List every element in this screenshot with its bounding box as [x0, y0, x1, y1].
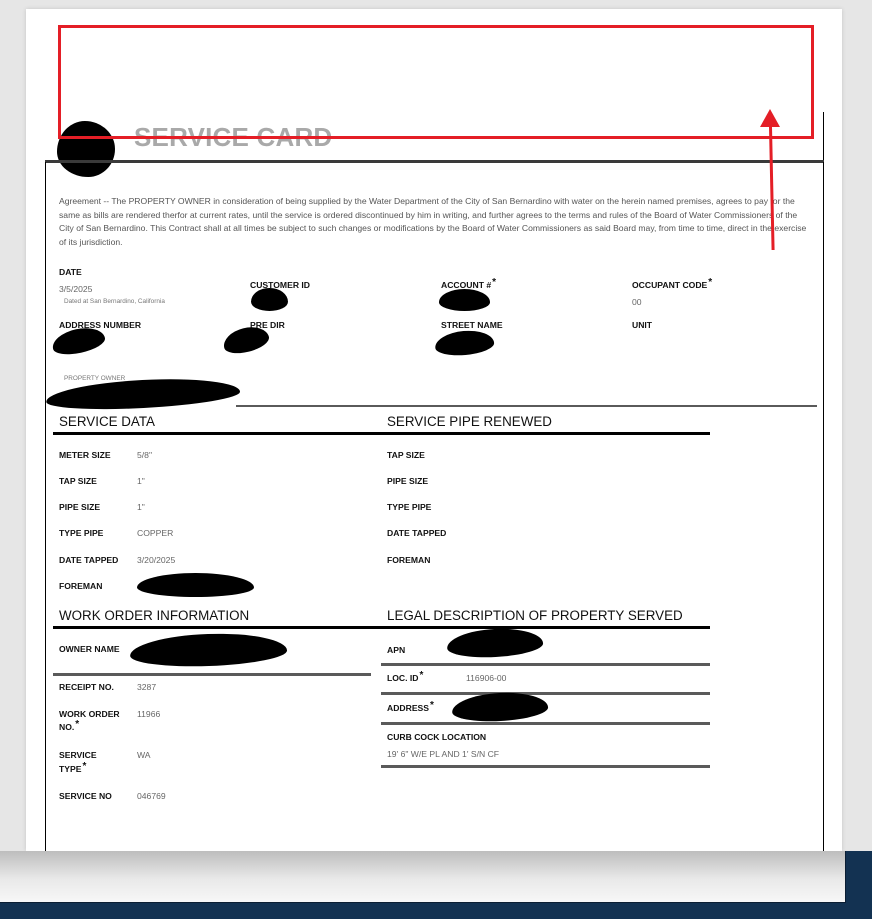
renewed-pipe-size-label: PIPE SIZE — [387, 476, 428, 486]
required-marker: * — [708, 277, 712, 288]
required-marker: * — [420, 670, 424, 681]
type-pipe-value: COPPER — [137, 528, 173, 538]
meter-size-label: METER SIZE — [59, 450, 111, 460]
card-frame — [45, 162, 824, 851]
pipe-size-label: PIPE SIZE — [59, 502, 100, 512]
date-label: DATE — [59, 267, 82, 277]
customer-id-redacted — [251, 288, 288, 311]
owner-name-label: OWNER NAME — [59, 644, 120, 654]
row-divider — [381, 765, 710, 768]
service-type-label-1: SERVICE — [59, 750, 97, 760]
date-tapped-value: 3/20/2025 — [137, 555, 175, 565]
section-rule — [53, 626, 710, 629]
date-value: 3/5/2025 — [59, 284, 92, 294]
work-order-title: WORK ORDER INFORMATION — [59, 608, 249, 623]
annotation-highlight-box — [58, 25, 814, 139]
renewed-foreman-label: FOREMAN — [387, 555, 430, 565]
account-redacted — [439, 289, 490, 311]
section-divider — [236, 405, 817, 407]
service-type-label-2: TYPE* — [59, 764, 86, 775]
row-divider — [381, 692, 710, 695]
service-no-value: 046769 — [137, 791, 166, 801]
annotation-arrow-head-icon — [760, 109, 780, 127]
receipt-no-label: RECEIPT NO. — [59, 682, 114, 692]
row-divider — [53, 673, 371, 676]
address-number-label: ADDRESS NUMBER — [59, 320, 141, 330]
occupant-code-label: OCCUPANT CODE* — [632, 280, 712, 291]
receipt-no-value: 3287 — [137, 682, 156, 692]
curb-cock-location-label: CURB COCK LOCATION — [387, 732, 486, 742]
required-marker: * — [82, 761, 86, 772]
legal-description-title: LEGAL DESCRIPTION OF PROPERTY SERVED — [387, 608, 683, 623]
section-rule — [53, 432, 710, 435]
date-note: Dated at San Bernardino, California — [64, 298, 165, 305]
service-data-title: SERVICE DATA — [59, 414, 155, 429]
service-type-value: WA — [137, 750, 151, 760]
loc-id-label: LOC. ID* — [387, 673, 423, 684]
pipe-size-value: 1" — [137, 502, 145, 512]
required-marker: * — [492, 277, 496, 288]
row-divider — [381, 722, 710, 725]
meter-size-value: 5/8" — [137, 450, 152, 460]
foreman-label: FOREMAN — [59, 581, 102, 591]
customer-id-label: CUSTOMER ID — [250, 280, 310, 290]
address-label: ADDRESS* — [387, 703, 434, 714]
footer-panel — [0, 851, 846, 903]
tap-size-value: 1" — [137, 476, 145, 486]
work-order-no-label-1: WORK ORDER — [59, 709, 120, 719]
work-order-no-value: 11966 — [137, 709, 160, 719]
renewed-type-pipe-label: TYPE PIPE — [387, 502, 431, 512]
work-order-no-label-2: NO.* — [59, 722, 79, 733]
type-pipe-label: TYPE PIPE — [59, 528, 103, 538]
renewed-tap-size-label: TAP SIZE — [387, 450, 425, 460]
service-pipe-renewed-title: SERVICE PIPE RENEWED — [387, 414, 552, 429]
unit-label: UNIT — [632, 320, 652, 330]
renewed-date-tapped-label: DATE TAPPED — [387, 528, 446, 538]
row-divider — [381, 663, 710, 666]
apn-label: APN — [387, 645, 405, 655]
occupant-code-value: 00 — [632, 297, 642, 307]
frame-edge — [823, 112, 824, 164]
service-no-label: SERVICE NO — [59, 791, 112, 801]
agreement-text: Agreement -- The PROPERTY OWNER in consi… — [59, 195, 809, 250]
required-marker: * — [430, 700, 434, 711]
document-page: SERVICE CARD Agreement -- The PROPERTY O… — [26, 9, 842, 851]
tap-size-label: TAP SIZE — [59, 476, 97, 486]
foreman-redacted — [137, 573, 254, 597]
loc-id-value: 116906-00 — [466, 673, 506, 683]
street-name-label: STREET NAME — [441, 320, 503, 330]
curb-cock-location-value: 19' 6" W/E PL AND 1' S/N CF — [387, 749, 499, 759]
required-marker: * — [75, 719, 79, 730]
date-tapped-label: DATE TAPPED — [59, 555, 118, 565]
